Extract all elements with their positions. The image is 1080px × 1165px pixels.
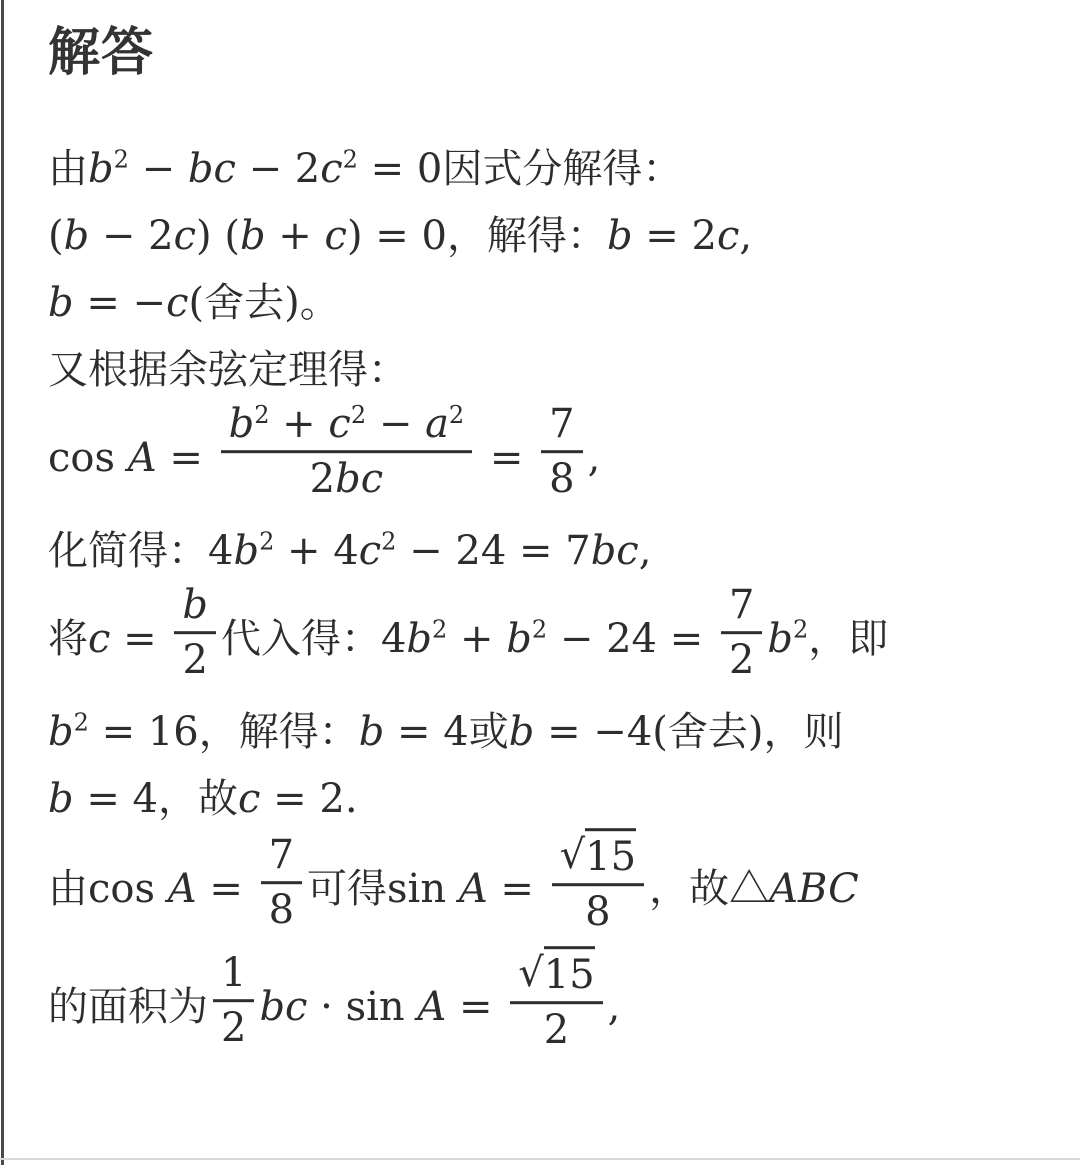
math-text: b — [48, 709, 74, 755]
math-fraction: b2 + c2 − a22bc — [221, 398, 473, 505]
math-text: b — [229, 401, 255, 447]
fraction-denominator: 8 — [552, 886, 644, 938]
math-text: 2 — [221, 1005, 246, 1051]
math-text: 8 — [549, 456, 574, 502]
chinese-text: 又根据余弦定理得： — [48, 348, 408, 392]
math-text: 2 — [182, 637, 207, 683]
fraction-denominator: 2 — [510, 1004, 602, 1056]
math-fraction: 72 — [721, 579, 762, 686]
line-solve-b: b2 = 16，解得：b = 4或b = −4(舍去)，则 — [48, 702, 1046, 762]
superscript: 2 — [254, 401, 269, 429]
math-text: b — [233, 528, 259, 574]
math-text: = — [477, 435, 536, 481]
math-text: + — [447, 616, 506, 662]
fraction-numerator: 7 — [541, 398, 582, 453]
fraction-numerator: b — [174, 579, 216, 634]
math-text: 7 — [729, 582, 754, 628]
math-text: b — [767, 616, 793, 662]
chinese-text: ，即 — [808, 617, 888, 661]
math-text: · sin — [307, 984, 417, 1030]
math-text: − 24 = 7 — [396, 528, 590, 574]
math-text: ) ( — [196, 213, 240, 259]
math-text: c — [717, 213, 739, 259]
chinese-text: 舍去 — [668, 710, 748, 754]
fraction-numerator: 1 — [213, 947, 254, 1002]
math-text: b — [509, 709, 535, 755]
math-text: A — [168, 866, 197, 912]
fraction-numerator: 7 — [261, 829, 302, 884]
solution-body: 由b2 − bc − 2c2 = 0因式分解得：(b − 2c) (b + c)… — [48, 139, 1046, 1065]
math-text: + — [266, 213, 325, 259]
math-text: 8 — [585, 889, 610, 935]
square-root: √15 — [560, 828, 636, 882]
math-text: − — [366, 401, 425, 447]
fraction-numerator: √15 — [552, 827, 644, 886]
math-text: = — [446, 984, 505, 1030]
chinese-text: 代入得： — [221, 617, 381, 661]
math-fraction: b2 — [174, 579, 216, 686]
math-text: , — [608, 984, 621, 1030]
math-text: c — [174, 213, 196, 259]
math-text: b — [506, 616, 532, 662]
math-text: ) — [748, 709, 764, 755]
line-b-c-values: b = 4，故c = 2. — [48, 769, 1046, 829]
fraction-numerator: 7 — [721, 579, 762, 634]
math-text: + 4 — [274, 528, 358, 574]
math-text: b — [48, 280, 74, 326]
fraction-denominator: 2 — [174, 634, 216, 686]
chinese-text: 由 — [48, 867, 88, 911]
math-text: c — [238, 776, 260, 822]
math-text: − 2 — [236, 146, 320, 192]
fraction-denominator: 2 — [213, 1002, 254, 1054]
math-text: c — [359, 528, 381, 574]
math-text: = 4 — [74, 776, 158, 822]
math-fraction: √152 — [510, 945, 602, 1056]
math-text: bc — [188, 146, 236, 192]
chinese-text: 因式分解得： — [442, 147, 682, 191]
fraction-denominator: 8 — [261, 884, 302, 936]
math-text: b — [182, 582, 208, 628]
math-text: b — [48, 776, 74, 822]
line-factorization-intro: 由b2 − bc − 2c2 = 0因式分解得： — [48, 139, 1046, 199]
line-area: 的面积为12bc · sin A = √152, — [48, 954, 1046, 1065]
radical-sign: √ — [518, 948, 544, 998]
chinese-text: 将 — [48, 617, 88, 661]
chinese-text: ，故 — [158, 777, 238, 821]
line-rejected-root: b = −c(舍去)。 — [48, 273, 1046, 333]
superscript: 2 — [793, 616, 808, 644]
math-text: c — [166, 280, 188, 326]
math-text: c — [88, 616, 110, 662]
math-text: bc — [591, 528, 639, 574]
math-text: − 2 — [89, 213, 173, 259]
line-simplified: 化简得：4b2 + 4c2 − 24 = 7bc, — [48, 521, 1046, 581]
math-fraction: 12 — [213, 947, 254, 1054]
chinese-text: 可得 — [307, 867, 387, 911]
math-fraction: √158 — [552, 827, 644, 938]
math-text: A — [417, 984, 446, 1030]
math-text: c — [328, 401, 350, 447]
math-text: , — [588, 435, 601, 481]
superscript: 2 — [259, 528, 274, 556]
math-fraction: 78 — [541, 398, 582, 505]
math-text: b — [607, 213, 633, 259]
math-text: 7 — [549, 401, 574, 447]
bottom-divider-line — [0, 1158, 1080, 1160]
math-text: c — [325, 213, 347, 259]
superscript: 2 — [114, 146, 129, 174]
math-text: 4 — [381, 616, 406, 662]
fraction-numerator: √15 — [510, 945, 602, 1004]
math-text: 2 — [729, 637, 754, 683]
page-title: 解答 — [48, 10, 1046, 85]
math-text: ( — [188, 280, 204, 326]
fraction-numerator: b2 + c2 − a2 — [221, 398, 473, 453]
left-border-line — [1, 0, 4, 1165]
math-text: 1 — [221, 950, 246, 996]
math-text: = −4( — [534, 709, 668, 755]
superscript: 2 — [381, 528, 396, 556]
chinese-text: 舍去 — [204, 281, 284, 325]
math-text: ( — [48, 213, 64, 259]
math-text: sin — [387, 866, 459, 912]
math-text: b — [240, 213, 266, 259]
line-factored-form: (b − 2c) (b + c) = 0，解得：b = 2c, — [48, 206, 1046, 266]
chinese-text: 化简得： — [48, 529, 208, 573]
math-text: b — [64, 213, 90, 259]
superscript: 2 — [532, 616, 547, 644]
fraction-denominator: 2 — [721, 634, 762, 686]
line-substitution: 将c = b2代入得：4b2 + b2 − 24 = 72b2，即 — [48, 588, 1046, 695]
math-text: 4 — [208, 528, 233, 574]
chinese-text: ，故△ — [649, 867, 769, 911]
superscript: 2 — [343, 146, 358, 174]
math-text: = — [157, 435, 216, 481]
math-text: b — [406, 616, 432, 662]
chinese-text: ，解得： — [447, 214, 607, 258]
square-root: √15 — [518, 946, 594, 1000]
chinese-text: ，解得： — [199, 710, 359, 754]
math-text: 2 — [544, 1007, 569, 1053]
math-text: ) — [284, 280, 300, 326]
math-text: = − — [74, 280, 166, 326]
math-fraction: 78 — [261, 829, 302, 936]
math-text: a — [425, 401, 449, 447]
math-text: = — [488, 866, 547, 912]
fraction-denominator: 2bc — [221, 453, 473, 505]
math-text: b — [359, 709, 385, 755]
radicand: 15 — [585, 828, 636, 882]
math-text: A — [459, 866, 488, 912]
math-text: A — [128, 435, 157, 481]
math-text: − — [129, 146, 188, 192]
math-text: = 4 — [384, 709, 468, 755]
math-text: ABC — [769, 866, 859, 912]
superscript: 2 — [432, 616, 447, 644]
math-text: bc — [259, 984, 307, 1030]
math-text: + — [269, 401, 328, 447]
math-text: ) = 0 — [347, 213, 447, 259]
math-text: = — [110, 616, 169, 662]
math-text: cos — [88, 866, 168, 912]
chinese-text: 或 — [469, 710, 509, 754]
superscript: 2 — [449, 401, 464, 429]
chinese-text: 。 — [300, 281, 340, 325]
line-cosine-rule-intro: 又根据余弦定理得： — [48, 340, 1046, 400]
math-text: c — [320, 146, 342, 192]
math-text: 2 — [310, 456, 335, 502]
math-text: − 24 = — [547, 616, 716, 662]
superscript: 2 — [74, 709, 89, 737]
math-text: cos — [48, 435, 128, 481]
math-text: b — [88, 146, 114, 192]
line-sine-value: 由cos A = 78可得sin A = √158，故△ABC — [48, 836, 1046, 947]
fraction-denominator: 8 — [541, 453, 582, 505]
math-text: 7 — [269, 832, 294, 878]
math-text: = 16 — [89, 709, 199, 755]
solution-panel: 解答 由b2 − bc − 2c2 = 0因式分解得：(b − 2c) (b +… — [0, 0, 1080, 1065]
radicand: 15 — [544, 946, 595, 1000]
math-text: = — [197, 866, 256, 912]
math-text: = 2. — [260, 776, 357, 822]
math-text: 8 — [269, 887, 294, 933]
line-cosine-formula: cos A = b2 + c2 − a22bc = 78, — [48, 407, 1046, 514]
radical-sign: √ — [560, 830, 586, 880]
math-text: , — [639, 528, 652, 574]
math-text: , — [739, 213, 752, 259]
chinese-text: 的面积为 — [48, 985, 208, 1029]
chinese-text: ，则 — [763, 710, 843, 754]
math-text: = 2 — [633, 213, 717, 259]
math-text: = 0 — [358, 146, 442, 192]
math-text: bc — [335, 456, 383, 502]
superscript: 2 — [351, 401, 366, 429]
chinese-text: 由 — [48, 147, 88, 191]
